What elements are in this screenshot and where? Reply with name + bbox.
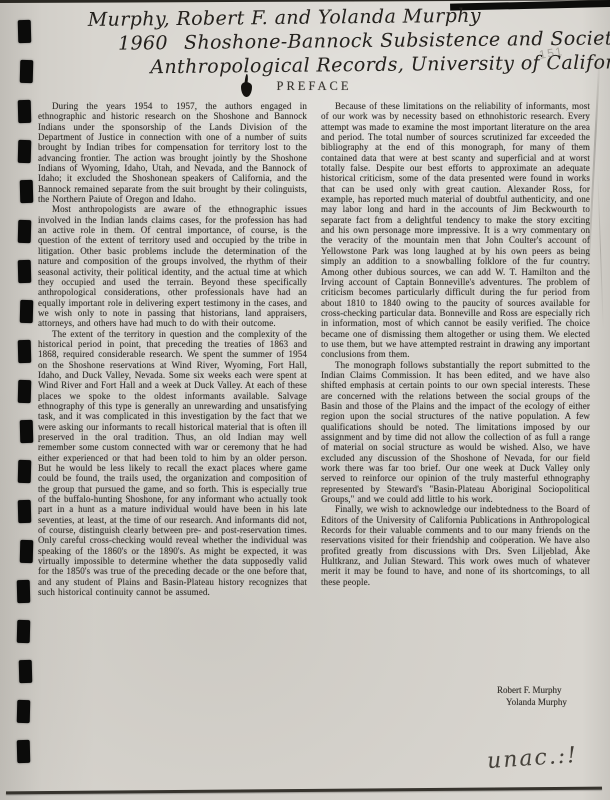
paragraph: During the years 1954 to 1957, the autho… <box>38 101 307 204</box>
binding-hole <box>20 300 34 323</box>
left-column: During the years 1954 to 1957, the autho… <box>38 101 307 598</box>
paragraph: Because of these limitations on the reli… <box>321 101 590 360</box>
paper-crease <box>597 170 604 330</box>
binding-hole <box>17 620 31 643</box>
paragraph: The extent of the territory in question … <box>38 329 307 598</box>
paragraph: Most anthropologists are aware of the et… <box>38 204 307 328</box>
paragraph: Finally, we wish to acknowledge our inde… <box>321 504 590 587</box>
binding-hole <box>20 540 34 563</box>
binding-hole <box>20 60 34 83</box>
binding-hole <box>18 220 32 243</box>
scanned-document-page: Murphy, Robert F. and Yolanda Murphy 196… <box>0 0 610 800</box>
signature-block: Robert F. Murphy Yolanda Murphy <box>497 685 567 708</box>
binding-hole <box>20 420 34 443</box>
scan-bottom-edge <box>6 787 602 795</box>
handwritten-citation: Murphy, Robert F. and Yolanda Murphy 196… <box>88 2 610 80</box>
binding-hole <box>18 340 32 363</box>
binding-hole <box>18 20 32 43</box>
binding-hole <box>18 380 32 403</box>
handwritten-margin-note: unac.:! <box>486 743 579 774</box>
page-title: PREFACE <box>38 79 590 94</box>
paragraph: The monograph follows substantially the … <box>321 360 590 505</box>
signature-author-2: Yolanda Murphy <box>497 697 567 709</box>
binding-hole <box>18 460 32 483</box>
binding-hole <box>18 500 32 523</box>
binding-hole <box>18 260 32 283</box>
binding-hole <box>18 140 32 163</box>
binding-hole <box>19 660 33 683</box>
ink-blot <box>241 82 252 97</box>
binding-hole <box>20 180 34 203</box>
binding-hole <box>18 100 32 123</box>
right-column: Because of these limitations on the reli… <box>321 101 590 598</box>
body-text: During the years 1954 to 1957, the autho… <box>38 101 590 598</box>
binding-hole <box>17 580 31 603</box>
binding-hole <box>17 700 31 723</box>
binding-hole <box>17 740 31 763</box>
signature-author-1: Robert F. Murphy <box>497 685 567 697</box>
comb-binding-marks <box>0 0 42 800</box>
citation-year: 1960 <box>118 32 168 55</box>
